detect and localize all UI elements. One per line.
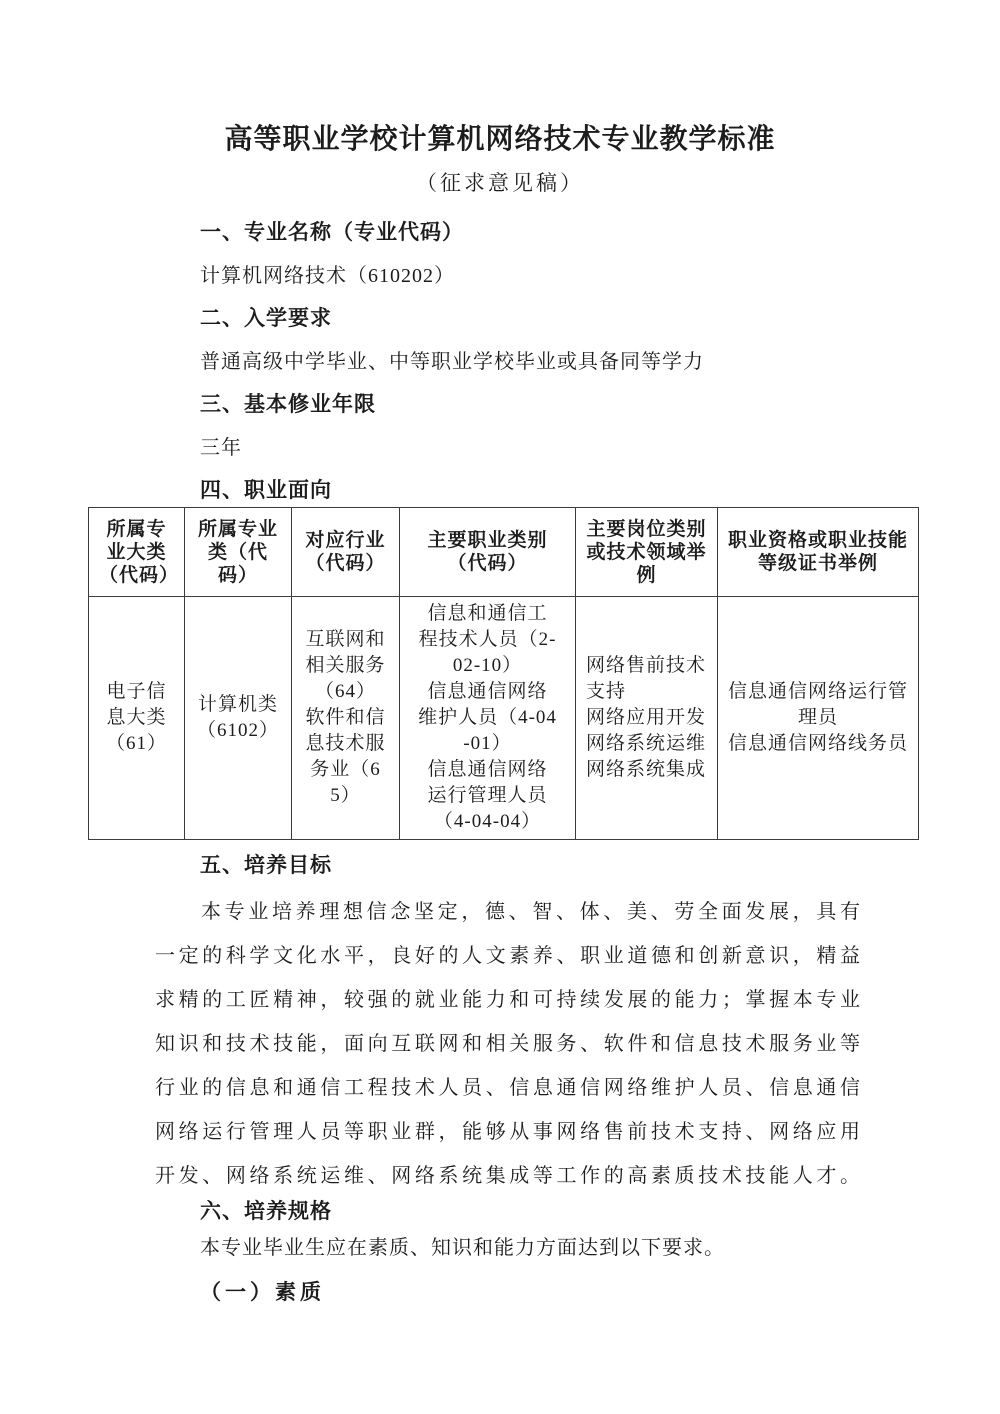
section-5-heading: 五、培养目标 — [200, 854, 940, 878]
position-item: 网络系统运维 — [586, 731, 707, 757]
industry-item: 软件和信息技术服务业（65） — [302, 705, 389, 809]
certificate-item: 信息通信网络运行管理员 — [728, 679, 908, 731]
table-row: 电子信息大类（61） 计算机类（6102） 互联网和相关服务（64） 软件和信息… — [89, 597, 919, 840]
table-header-row: 所属专业大类（代码） 所属专业类（代码） 对应行业（代码） 主要职业类别（代码）… — [89, 508, 919, 597]
training-objective-line: 知识和技术技能，面向互联网和相关服务、软件和信息技术服务业等 — [155, 1022, 861, 1066]
section-3-body: 三年 — [200, 436, 940, 460]
header-industry: 对应行业（代码） — [292, 508, 400, 597]
cell-occupation: 信息和通信工程技术人员（2-02-10） 信息通信网络维护人员（4-04-01）… — [400, 597, 576, 840]
header-position: 主要岗位类别或技术领域举例 — [576, 508, 718, 597]
training-objective-line: 开发、网络系统运维、网络系统集成等工作的高素质技术技能人才。 — [155, 1154, 861, 1198]
training-objective-line: 求精的工匠精神，较强的就业能力和可持续发展的能力；掌握本专业 — [155, 978, 861, 1022]
training-objective-line: 一定的科学文化水平，良好的人文素养、职业道德和创新意识，精益 — [155, 934, 861, 978]
header-certificate: 职业资格或职业技能等级证书举例 — [718, 508, 919, 597]
cell-certificate: 信息通信网络运行管理员 信息通信网络线务员 — [718, 597, 919, 840]
document-page: 高等职业学校计算机网络技术专业教学标准 （征求意见稿） 一、专业名称（专业代码）… — [0, 0, 1000, 1414]
cell-major-class: 计算机类（6102） — [185, 597, 292, 840]
training-objective-paragraph: 本专业培养理想信念坚定，德、智、体、美、劳全面发展，具有 一定的科学文化水平，良… — [0, 890, 1000, 1198]
section-6-heading: 六、培养规格 — [200, 1200, 940, 1224]
industry-item: 互联网和相关服务（64） — [302, 627, 389, 705]
section-1-heading: 一、专业名称（专业代码） — [200, 221, 940, 245]
training-objective-line: 网络运行管理人员等职业群，能够从事网络售前技术支持、网络应用 — [155, 1110, 861, 1154]
header-major-category: 所属专业大类（代码） — [89, 508, 185, 597]
training-objective-line: 本专业培养理想信念坚定，德、智、体、美、劳全面发展，具有 — [155, 890, 861, 934]
position-item: 网络售前技术支持 — [586, 653, 707, 705]
position-item: 网络系统集成 — [586, 757, 707, 783]
occupation-item: 信息和通信工程技术人员（2-02-10） — [418, 601, 557, 679]
section-1-body: 计算机网络技术（610202） — [200, 264, 940, 288]
occupation-item: 信息通信网络运行管理人员（4-04-04） — [418, 757, 557, 835]
section-6-body: 本专业毕业生应在素质、知识和能力方面达到以下要求。 — [200, 1236, 940, 1260]
page-title: 高等职业学校计算机网络技术专业教学标准 — [60, 122, 940, 156]
section-2-heading: 二、入学要求 — [200, 307, 940, 331]
header-occupation: 主要职业类别（代码） — [400, 508, 576, 597]
training-objective-line: 行业的信息和通信工程技术人员、信息通信网络维护人员、信息通信 — [155, 1066, 861, 1110]
occupation-item: 信息通信网络维护人员（4-04-01） — [418, 679, 557, 757]
section-4-heading: 四、职业面向 — [200, 479, 940, 503]
cell-major-category: 电子信息大类（61） — [89, 597, 185, 840]
section-2-body: 普通高级中学毕业、中等职业学校毕业或具备同等学力 — [200, 350, 940, 374]
career-orientation-table: 所属专业大类（代码） 所属专业类（代码） 对应行业（代码） 主要职业类别（代码）… — [88, 507, 919, 840]
subsection-quality-heading: （一）素质 — [200, 1279, 940, 1305]
position-item: 网络应用开发 — [586, 705, 707, 731]
document-subtitle: （征求意见稿） — [0, 170, 1000, 197]
cell-industry: 互联网和相关服务（64） 软件和信息技术服务业（65） — [292, 597, 400, 840]
header-major-class: 所属专业类（代码） — [185, 508, 292, 597]
document-content: 高等职业学校计算机网络技术专业教学标准 （征求意见稿） 一、专业名称（专业代码）… — [0, 0, 1000, 1305]
certificate-item: 信息通信网络线务员 — [728, 731, 908, 757]
cell-position: 网络售前技术支持 网络应用开发 网络系统运维 网络系统集成 — [576, 597, 718, 840]
section-3-heading: 三、基本修业年限 — [200, 393, 940, 417]
